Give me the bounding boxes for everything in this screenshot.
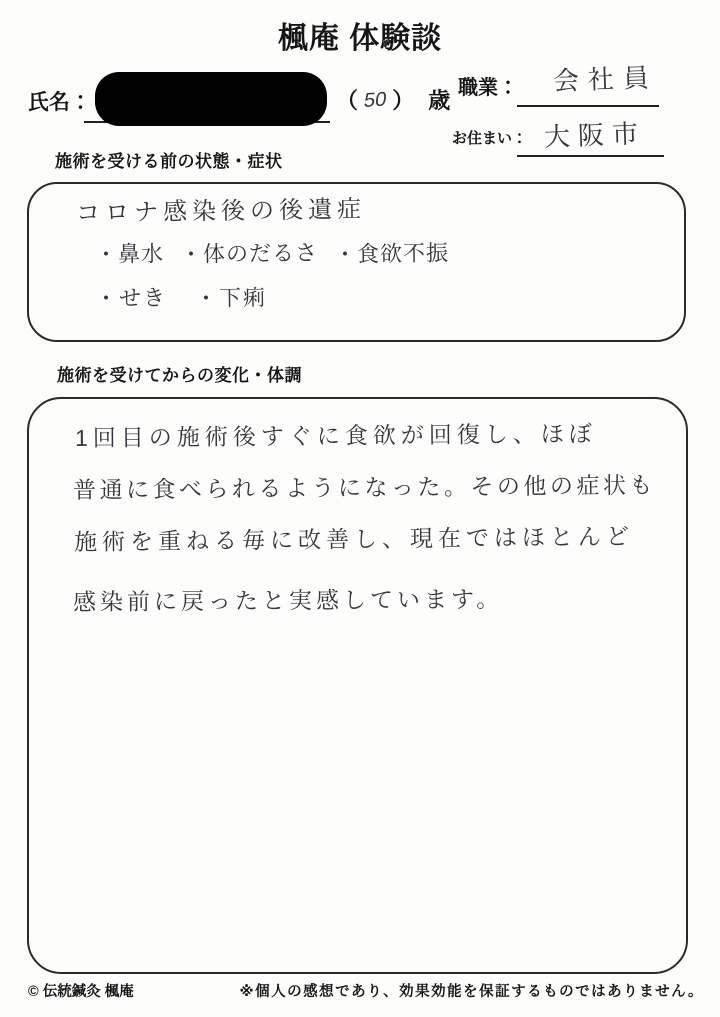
age-paren-open: （ xyxy=(336,90,358,112)
before-line-3: ・せき ・下痢 xyxy=(95,288,267,310)
after-line-3: 施術を重ねる毎に改善し、現在ではほとんど xyxy=(74,525,634,554)
before-line-1: コロナ感染後の後遺症 xyxy=(76,198,366,226)
footer-disclaimer: ※個人の感想であり、効果効能を保証するものではありません。 xyxy=(240,985,704,1000)
testimonial-form-scan: 楓庵 体験談 氏名： （ 50 ） 歳 職業： 会社員 お住まい： 大阪市 施術… xyxy=(0,0,720,1017)
occupation-value-handwritten: 会社員 xyxy=(553,64,659,94)
age-unit: 歳 xyxy=(428,90,450,112)
occupation-label: 職業： xyxy=(458,78,518,98)
name-label: 氏名： xyxy=(28,92,91,113)
symptom-item: ・体のだるさ xyxy=(180,242,318,266)
occupation-underline xyxy=(517,105,659,107)
after-section-box: 1回目の施術後すぐに食欲が回復し、ほぼ 普通に食べられるようになった。その他の症… xyxy=(27,397,688,974)
before-section-box: コロナ感染後の後遺症 ・鼻水 ・体のだるさ ・食欲不振 ・せき ・下痢 xyxy=(27,182,686,342)
after-line-4: 感染前に戻ったと実感しています。 xyxy=(73,588,503,614)
residence-underline xyxy=(517,155,664,157)
before-line-2: ・鼻水 ・体のだるさ ・食欲不振 xyxy=(95,244,449,266)
symptom-item: ・食欲不振 xyxy=(334,242,449,266)
after-line-1: 1回目の施術後すぐに食欲が回復し、ほぼ xyxy=(75,422,597,450)
symptom-item: ・鼻水 xyxy=(95,243,164,266)
footer-copyright: © 伝統鍼灸 楓庵 xyxy=(28,985,134,1000)
age-value-handwritten: 50 xyxy=(363,89,388,111)
residence-label: お住まい： xyxy=(452,131,527,146)
age-paren-close: ） xyxy=(392,90,414,112)
residence-value-handwritten: 大阪市 xyxy=(544,120,647,150)
after-section-heading: 施術を受けてからの変化・体調 xyxy=(57,367,302,384)
before-section-heading: 施術を受ける前の状態・症状 xyxy=(55,153,283,170)
after-line-2: 普通に食べられるようになった。その他の症状も xyxy=(73,474,656,502)
symptom-item: ・せき xyxy=(95,287,167,310)
redacted-name-box xyxy=(95,72,327,126)
symptom-item: ・下痢 xyxy=(195,287,267,310)
page-title: 楓庵 体験談 xyxy=(0,24,720,54)
